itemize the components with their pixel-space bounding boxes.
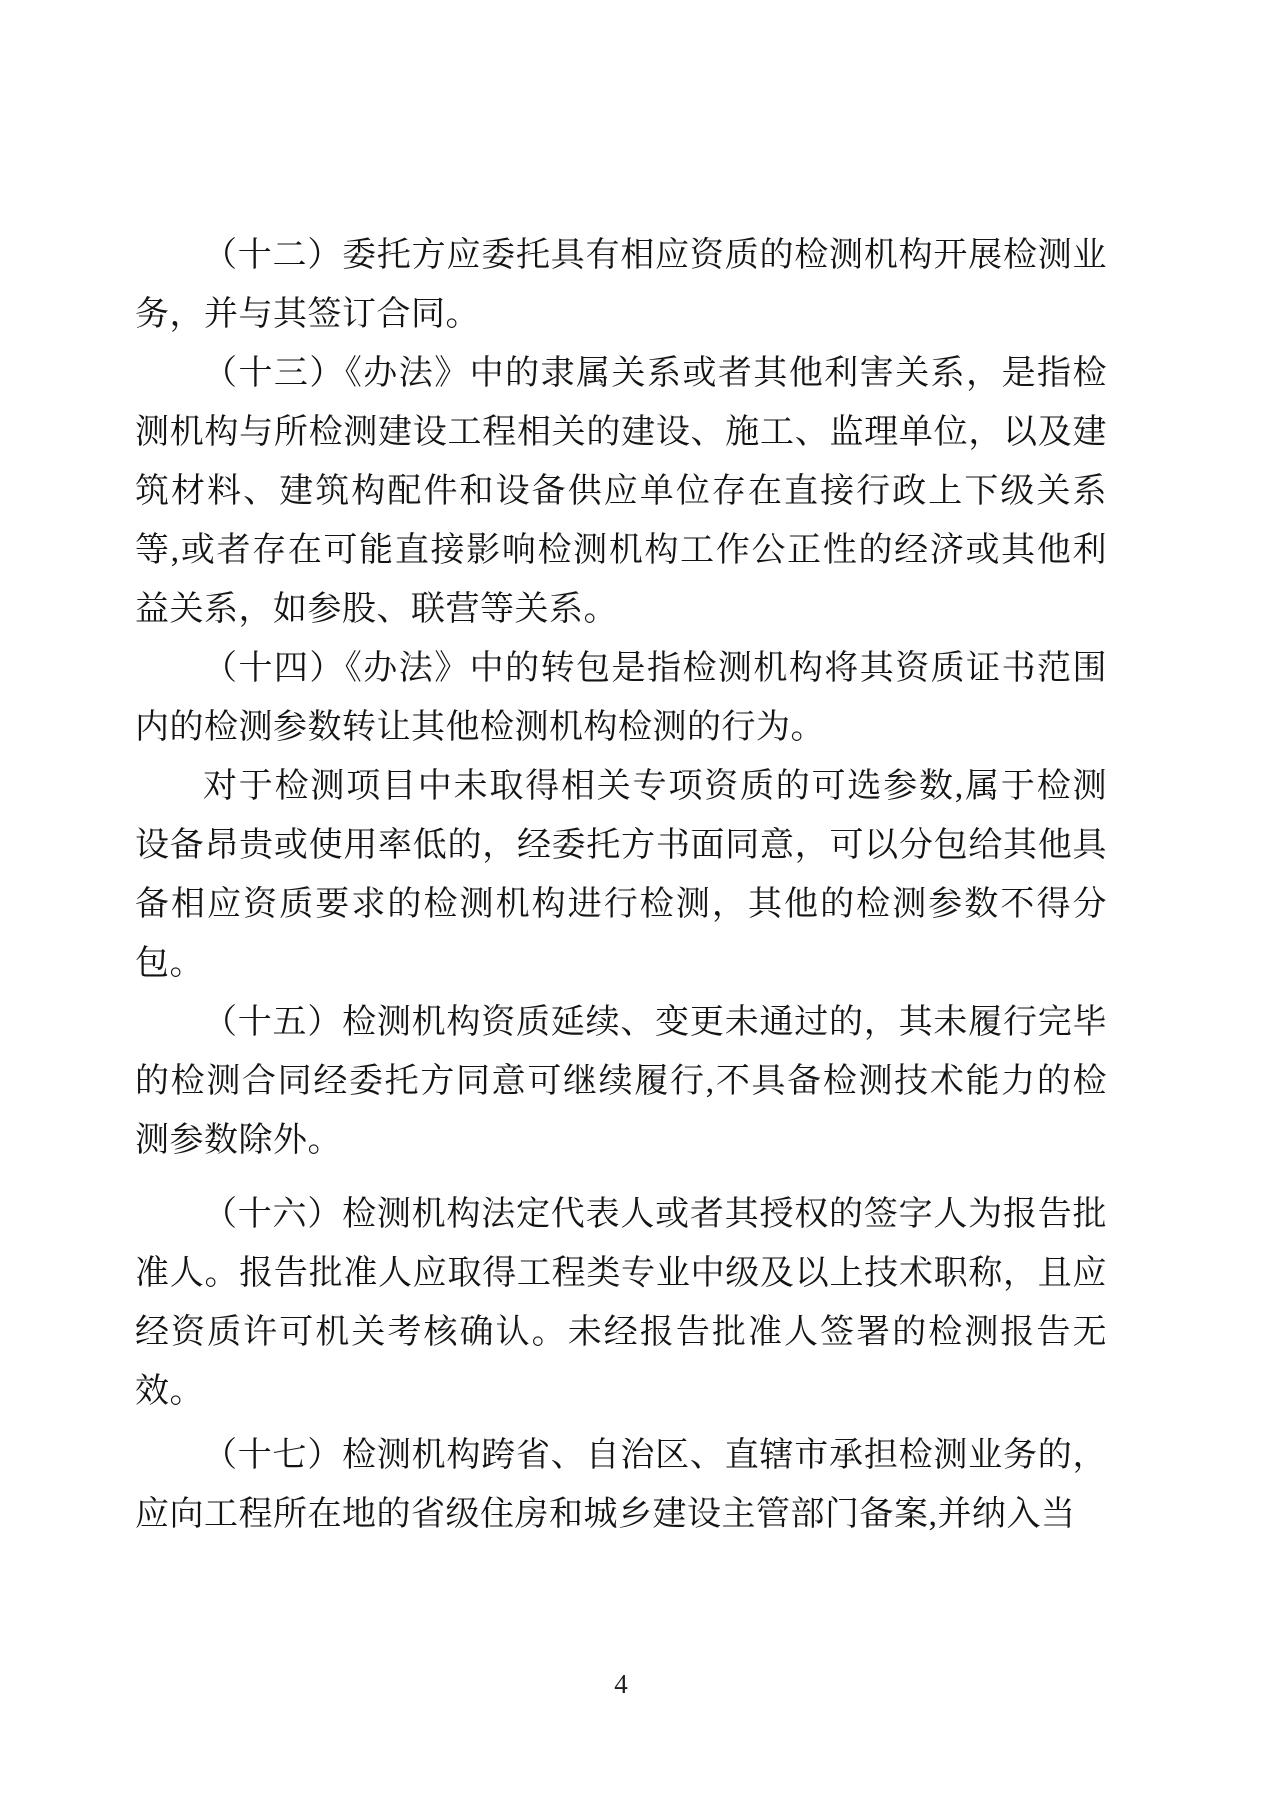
- paragraph-item-16: （十六）检测机构法定代表人或者其授权的签字人为报告批准人。报告批准人应取得工程类…: [135, 1185, 1107, 1421]
- paragraph-item-13: （十三）《办法》中的隶属关系或者其他利害关系，是指检测机构与所检测建设工程相关的…: [135, 344, 1107, 639]
- paragraph-item-15: （十五）检测机构资质延续、变更未通过的，其未履行完毕的检测合同经委托方同意可继续…: [135, 993, 1107, 1170]
- paragraph-item-12: （十二）委托方应委托具有相应资质的检测机构开展检测业务，并与其签订合同。: [135, 226, 1107, 344]
- page-number: 4: [614, 1669, 628, 1699]
- paragraph-item-14: （十四）《办法》中的转包是指检测机构将其资质证书范围内的检测参数转让其他检测机构…: [135, 639, 1107, 757]
- document-page: （十二）委托方应委托具有相应资质的检测机构开展检测业务，并与其签订合同。 （十三…: [0, 0, 1280, 1810]
- page-footer: 4: [135, 1664, 1107, 1704]
- document-body: （十二）委托方应委托具有相应资质的检测机构开展检测业务，并与其签订合同。 （十三…: [135, 226, 1107, 1544]
- paragraph-item-14-note: 对于检测项目中未取得相关专项资质的可选参数,属于检测设备昂贵或使用率低的，经委托…: [135, 757, 1107, 993]
- paragraph-item-17: （十七）检测机构跨省、自治区、直辖市承担检测业务的，应向工程所在地的省级住房和城…: [135, 1426, 1107, 1544]
